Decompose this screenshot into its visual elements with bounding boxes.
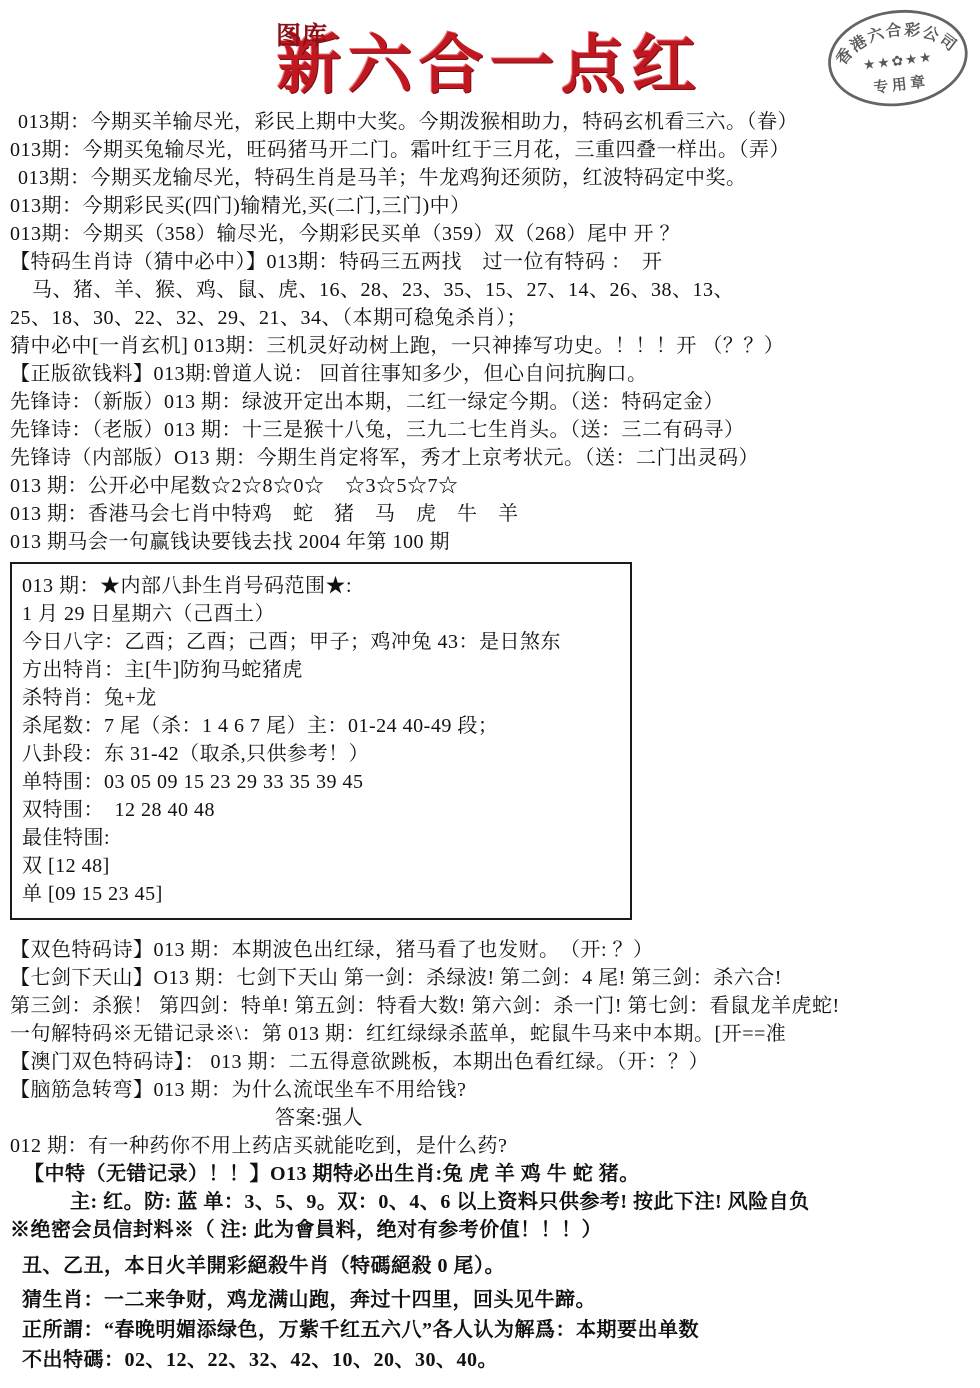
text-line: 【脑筋急转弯】013 期：为什么流氓坐车不用给钱? — [10, 1076, 976, 1104]
text-line: 先锋诗（内部版）O13 期：今期生肖定将军，秀才上京考状元。（送：二门出灵码） — [10, 444, 976, 472]
text-line: 【澳门双色特码诗】： 013 期：二五得意欲跳板，本期出色看红绿。（开：？） — [10, 1048, 976, 1076]
page: 新六合一点红 图库 香港六合彩公司 ★★✿★★ 专用章 013期：今期买羊输尽光… — [0, 0, 980, 1388]
text-line: 013期：今期买（358）输尽光，今期彩民买单（359）双（268）尾中 开 ？ — [10, 220, 976, 248]
text-line: 013期：今期买兔输尽光，旺码猪马开二门。霜叶红于三月花，三重四叠一样出。（弄） — [10, 136, 976, 164]
text-line: 013 期：公开必中尾数☆2☆8☆0☆ ☆3☆5☆7☆ — [10, 472, 976, 500]
text-line: 【双色特码诗】013 期：本期波色出红绿，猪马看了也发财。 （开: ？） — [10, 936, 976, 964]
text-line: 双特围： 12 28 40 48 — [22, 796, 620, 824]
text-line: 不出特碼：02、12、22、32、42、10、20、30、40。 — [10, 1346, 976, 1374]
text-line: 杀尾数：7 尾（杀：1 4 6 7 尾）主：01-24 40-49 段； — [22, 712, 620, 740]
text-line: 最佳特围: — [22, 824, 620, 852]
text-line: 正所謂：“春晚明媚添绿色，万紫千红五六八”各人认为解爲：本期要出单数 — [10, 1316, 976, 1344]
text-line: 丑、乙丑，本日火羊開彩絕殺牛肖（特碼絕殺 0 尾）。 — [10, 1252, 976, 1280]
stamp-label: 专用章 — [872, 72, 929, 97]
text-line: 013 期马会一句赢钱诀要钱去找 2004 年第 100 期 — [10, 528, 976, 556]
text-line: 双 [12 48] — [22, 852, 620, 880]
text-line: 【正版欲钱料】013期:曾道人说： 回首往事知多少，但心自问抗胸口。 — [10, 360, 976, 388]
text-line: 八卦段：东 31-42（取杀,只供参考！） — [22, 740, 620, 768]
text-line: 今日八字：乙酉；乙酉；己酉；甲子；鸡冲兔 43：是日煞东 — [22, 628, 620, 656]
company-stamp-icon: 香港六合彩公司 ★★✿★★ 专用章 — [816, 0, 979, 119]
text-line: 答案:强人 — [10, 1104, 976, 1132]
text-line: 猜生肖：一二来争财，鸡龙满山跑，奔过十四里，回头见牛蹄。 — [10, 1286, 976, 1314]
main-title: 新六合一点红 — [277, 30, 703, 101]
text-line: 单 [09 15 23 45] — [22, 880, 620, 908]
text-line: 马、猪、羊、猴、鸡、鼠、虎、16、28、23、35、15、27、14、26、38… — [10, 276, 976, 304]
bagua-box-lines: 013 期：★内部八卦生肖号码范围★:1 月 29 日星期六（己酉土）今日八字：… — [22, 572, 620, 908]
gallery-tag-label: 图库 — [276, 16, 328, 52]
text-line: 杀特肖：兔+龙 — [22, 684, 620, 712]
text-line: 013期：今期买龙输尽光，特码生肖是马羊；牛龙鸡狗还须防，红波特码定中奖。 — [10, 164, 976, 192]
text-line: 主: 红。防: 蓝 单：3、5、9。双：0、4、6 以上资料只供参考! 按此下注… — [10, 1188, 976, 1216]
text-line: 013 期：香港马会七肖中特鸡 蛇 猪 马 虎 牛 羊 — [10, 500, 976, 528]
text-line: 25、18、30、22、32、29、21、34、（本期可稳兔杀肖）； — [10, 304, 976, 332]
text-line: 013期：今期彩民买(四门)输精光,买(二门,三门)中） — [10, 192, 976, 220]
text-line: 012 期：有一种药你不用上药店买就能吃到，是什么药? — [10, 1132, 976, 1160]
text-line: 第三剑：杀猴！ 第四剑：特单! 第五剑：特看大数! 第六剑：杀一门! 第七剑：看… — [10, 992, 976, 1020]
text-line: 猜中必中[一肖玄机] 013期：三机灵好动树上跑，一只神捧写功史。！！！开 （？… — [10, 332, 976, 360]
top-lines-section: 013期：今期买羊输尽光，彩民上期中大奖。今期泼猴相助力，特码玄机看三六。（眷）… — [10, 108, 976, 556]
bottom-lines-section: 【双色特码诗】013 期：本期波色出红绿，猪马看了也发财。 （开: ？）【七剑下… — [10, 936, 976, 1374]
stamp-stars: ★★✿★★ — [862, 50, 934, 74]
text-line: 先锋诗：（老版）013 期：十三是猴十八兔，三九二七生肖头。（送：三二有码寻） — [10, 416, 976, 444]
content: 013期：今期买羊输尽光，彩民上期中大奖。今期泼猴相助力，特码玄机看三六。（眷）… — [0, 102, 980, 1374]
text-line: 一句解特码※无错记录※\：第 013 期：红红绿绿杀蓝单，蛇鼠牛马来中本期。[开… — [10, 1020, 976, 1048]
text-line: 单特围：03 05 09 15 23 29 33 35 39 45 — [22, 768, 620, 796]
text-line: 1 月 29 日星期六（己酉土） — [22, 600, 620, 628]
text-line: 【中特（无错记录）！！】O13 期特必出生肖:兔 虎 羊 鸡 牛 蛇 猪。 — [10, 1160, 976, 1188]
header: 新六合一点红 图库 香港六合彩公司 ★★✿★★ 专用章 — [0, 0, 980, 102]
text-line: 先锋诗：（新版）013 期：绿波开定出本期，二红一绿定今期。（送：特码定金） — [10, 388, 976, 416]
text-line: 013 期：★内部八卦生肖号码范围★: — [22, 572, 620, 600]
text-line: 【特码生肖诗（猜中必中）】013期：特码三五两找 过一位有特码 ： 开 — [10, 248, 976, 276]
text-line: 方出特肖：主[牛]防狗马蛇猪虎 — [22, 656, 620, 684]
text-line: 【七剑下天山】O13 期：七剑下天山 第一剑：杀绿波! 第二剑：4 尾! 第三剑… — [10, 964, 976, 992]
text-line: ※绝密会员信封料※（ 注: 此为會員料，绝对有参考价值！！！） — [10, 1216, 976, 1244]
bagua-zodiac-box: 013 期：★内部八卦生肖号码范围★:1 月 29 日星期六（己酉土）今日八字：… — [10, 562, 632, 920]
